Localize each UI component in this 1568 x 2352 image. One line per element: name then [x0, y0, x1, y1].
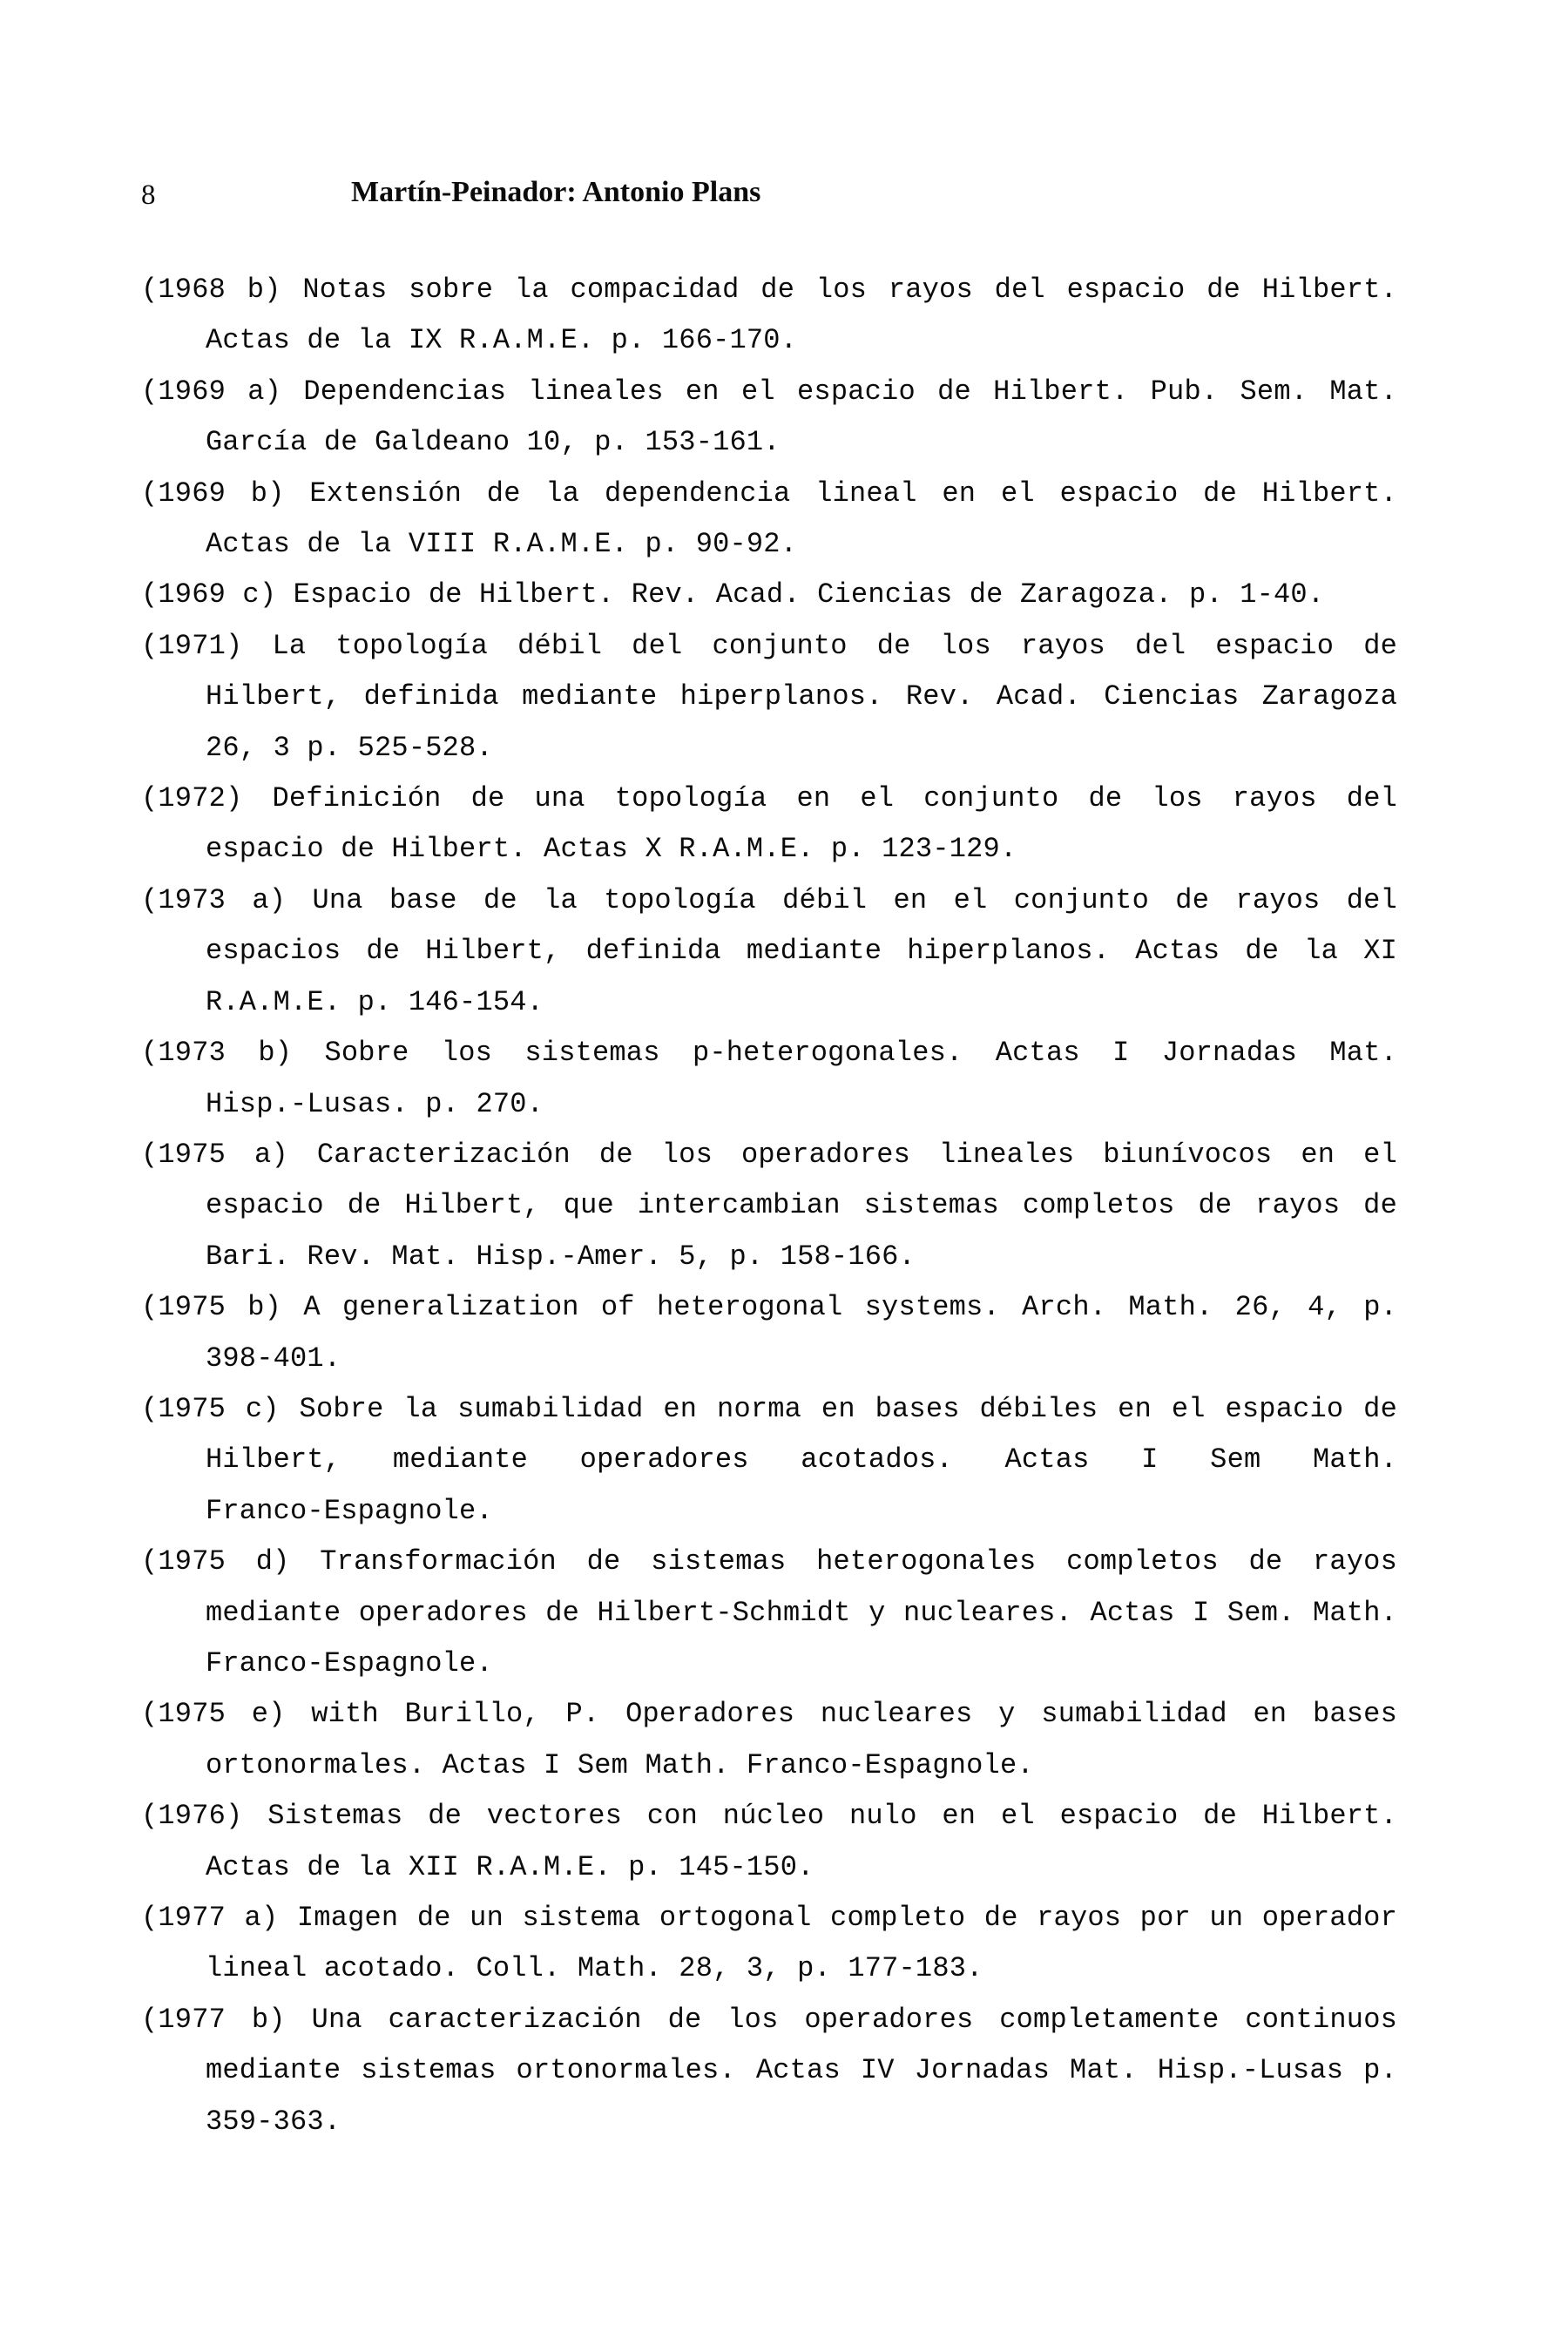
entry-line: Actas de la VIII R.A.M.E. p. 90-92.: [141, 519, 1397, 570]
page-number: 8: [141, 178, 156, 213]
bibliography-entry: (1975 a) Caracterización de los operador…: [141, 1130, 1397, 1282]
bibliography-entry: (1977 b) Una caracterización de los oper…: [141, 1995, 1397, 2147]
running-title: Martín-Peinador: Antonio Plans: [351, 175, 760, 210]
bibliography-entry: (1969 a) Dependencias lineales en el esp…: [141, 367, 1397, 469]
entry-line: lineal acotado. Coll. Math. 28, 3, p. 17…: [141, 1943, 1397, 1994]
entry-line: (1969 a) Dependencias lineales en el esp…: [141, 367, 1397, 417]
document-page: 8 Martín-Peinador: Antonio Plans (1968 b…: [0, 0, 1568, 2352]
entry-line: (1973 a) Una base de la topología débil …: [141, 875, 1397, 926]
bibliography-entry: (1975 e) with Burillo, P. Operadores nuc…: [141, 1689, 1397, 1791]
entry-line: Franco-Espagnole.: [141, 1639, 1397, 1689]
entry-line: espacio de Hilbert, que intercambian sis…: [141, 1180, 1397, 1231]
bibliography-entry: (1968 b) Notas sobre la compacidad de lo…: [141, 265, 1397, 367]
bibliography-list: (1968 b) Notas sobre la compacidad de lo…: [141, 265, 1397, 2147]
entry-line: Actas de la IX R.A.M.E. p. 166-170.: [141, 315, 1397, 366]
bibliography-entry: (1975 c) Sobre la sumabilidad en norma e…: [141, 1384, 1397, 1537]
entry-line: Bari. Rev. Mat. Hisp.-Amer. 5, p. 158-16…: [141, 1232, 1397, 1282]
entry-line: (1975 b) A generalization of heterogonal…: [141, 1282, 1397, 1333]
entry-line: (1972) Definición de una topología en el…: [141, 774, 1397, 824]
entry-line: Hisp.-Lusas. p. 270.: [141, 1079, 1397, 1130]
entry-line: 26, 3 p. 525-528.: [141, 723, 1397, 774]
entry-line: (1975 c) Sobre la sumabilidad en norma e…: [141, 1384, 1397, 1435]
entry-line: (1976) Sistemas de vectores con núcleo n…: [141, 1791, 1397, 1842]
entry-line: (1977 a) Imagen de un sistema ortogonal …: [141, 1893, 1397, 1943]
bibliography-entry: (1973 a) Una base de la topología débil …: [141, 875, 1397, 1028]
entry-line: ortonormales. Actas I Sem Math. Franco-E…: [141, 1740, 1397, 1791]
entry-line: (1975 a) Caracterización de los operador…: [141, 1130, 1397, 1180]
entry-line: (1971) La topología débil del conjunto d…: [141, 621, 1397, 672]
entry-line: (1975 e) with Burillo, P. Operadores nuc…: [141, 1689, 1397, 1740]
bibliography-entry: (1975 b) A generalization of heterogonal…: [141, 1282, 1397, 1384]
entry-line: R.A.M.E. p. 146-154.: [141, 977, 1397, 1028]
bibliography-entry: (1976) Sistemas de vectores con núcleo n…: [141, 1791, 1397, 1893]
entry-line: Hilbert, mediante operadores acotados. A…: [141, 1435, 1397, 1485]
bibliography-entry: (1977 a) Imagen de un sistema ortogonal …: [141, 1893, 1397, 1995]
entry-line: Franco-Espagnole.: [141, 1486, 1397, 1537]
entry-line: (1975 d) Transformación de sistemas hete…: [141, 1537, 1397, 1587]
entry-line: Actas de la XII R.A.M.E. p. 145-150.: [141, 1842, 1397, 1893]
entry-line: (1969 b) Extensión de la dependencia lin…: [141, 469, 1397, 519]
entry-line: (1969 c) Espacio de Hilbert. Rev. Acad. …: [141, 570, 1397, 620]
entry-line: (1977 b) Una caracterización de los oper…: [141, 1995, 1397, 2045]
entry-line: García de Galdeano 10, p. 153-161.: [141, 417, 1397, 468]
entry-line: (1968 b) Notas sobre la compacidad de lo…: [141, 265, 1397, 315]
entry-line: espacio de Hilbert. Actas X R.A.M.E. p. …: [141, 824, 1397, 875]
bibliography-entry: (1969 c) Espacio de Hilbert. Rev. Acad. …: [141, 570, 1397, 620]
bibliography-entry: (1975 d) Transformación de sistemas hete…: [141, 1537, 1397, 1689]
entry-line: Hilbert, definida mediante hiperplanos. …: [141, 672, 1397, 722]
bibliography-entry: (1969 b) Extensión de la dependencia lin…: [141, 469, 1397, 571]
page-header: 8 Martín-Peinador: Antonio Plans: [141, 175, 1429, 215]
bibliography-entry: (1973 b) Sobre los sistemas p-heterogona…: [141, 1028, 1397, 1130]
entry-line: mediante operadores de Hilbert-Schmidt y…: [141, 1588, 1397, 1639]
entry-line: 359-363.: [141, 2097, 1397, 2147]
entry-line: (1973 b) Sobre los sistemas p-heterogona…: [141, 1028, 1397, 1078]
bibliography-entry: (1971) La topología débil del conjunto d…: [141, 621, 1397, 774]
entry-line: espacios de Hilbert, definida mediante h…: [141, 926, 1397, 977]
entry-line: mediante sistemas ortonormales. Actas IV…: [141, 2045, 1397, 2096]
entry-line: 398-401.: [141, 1334, 1397, 1384]
bibliography-entry: (1972) Definición de una topología en el…: [141, 774, 1397, 875]
